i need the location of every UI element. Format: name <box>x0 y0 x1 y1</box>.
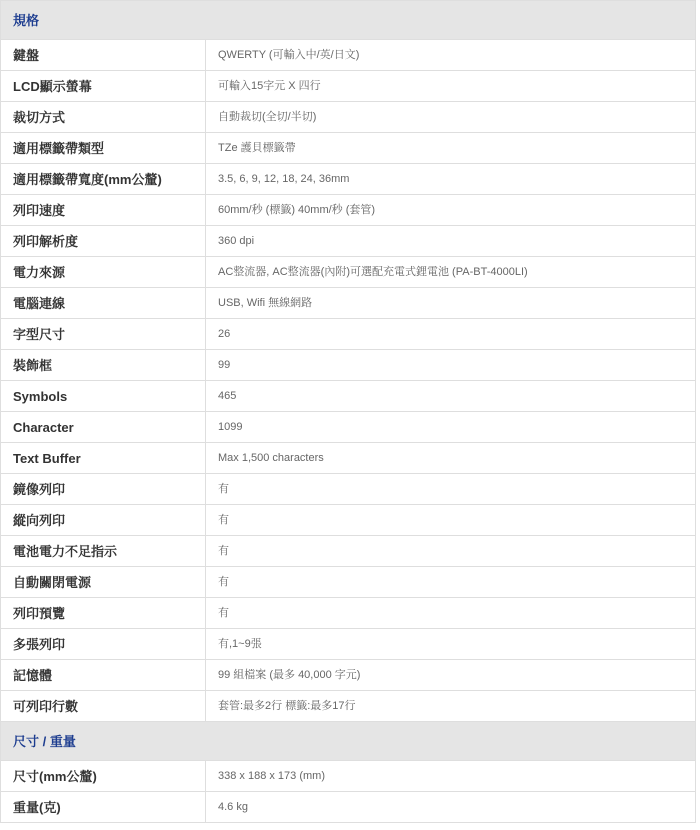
table-row: 可列印行數套管:最多2行 標籤:最多17行 <box>1 691 696 722</box>
spec-label: 記憶體 <box>1 660 206 691</box>
spec-table: 規格 鍵盤QWERTY (可輸入中/英/日文) LCD顯示螢幕可輸入15字元 X… <box>0 0 696 823</box>
spec-label: 自動關閉電源 <box>1 567 206 598</box>
table-row: 列印速度60mm/秒 (標籤) 40mm/秒 (套管) <box>1 195 696 226</box>
spec-value: Max 1,500 characters <box>206 443 696 474</box>
spec-label: 鍵盤 <box>1 40 206 71</box>
table-row: 鏡像列印有 <box>1 474 696 505</box>
spec-label: 裁切方式 <box>1 102 206 133</box>
spec-value: TZe 護貝標籤帶 <box>206 133 696 164</box>
spec-value: 1099 <box>206 412 696 443</box>
spec-label: Character <box>1 412 206 443</box>
section-header-specs: 規格 <box>1 1 696 40</box>
table-row: 列印預覽有 <box>1 598 696 629</box>
table-row: 鍵盤QWERTY (可輸入中/英/日文) <box>1 40 696 71</box>
table-row: Character1099 <box>1 412 696 443</box>
table-row: 裁切方式自動裁切(全切/半切) <box>1 102 696 133</box>
spec-value: 有 <box>206 536 696 567</box>
spec-value: 套管:最多2行 標籤:最多17行 <box>206 691 696 722</box>
table-row: 適用標籤帶類型TZe 護貝標籤帶 <box>1 133 696 164</box>
table-row: 適用標籤帶寬度(mm公釐)3.5, 6, 9, 12, 18, 24, 36mm <box>1 164 696 195</box>
spec-label: 鏡像列印 <box>1 474 206 505</box>
spec-label: 字型尺寸 <box>1 319 206 350</box>
spec-value: AC整流器, AC整流器(內附)可選配充電式鋰電池 (PA-BT-4000LI) <box>206 257 696 288</box>
spec-value: 有 <box>206 474 696 505</box>
table-row: 列印解析度360 dpi <box>1 226 696 257</box>
spec-value: 有 <box>206 567 696 598</box>
spec-label: 適用標籤帶寬度(mm公釐) <box>1 164 206 195</box>
spec-label: 縱向列印 <box>1 505 206 536</box>
spec-value: 60mm/秒 (標籤) 40mm/秒 (套管) <box>206 195 696 226</box>
spec-label: 可列印行數 <box>1 691 206 722</box>
section-title: 規格 <box>1 1 696 40</box>
spec-value: 99 組檔案 (最多 40,000 字元) <box>206 660 696 691</box>
spec-value: 99 <box>206 350 696 381</box>
table-row: 字型尺寸26 <box>1 319 696 350</box>
spec-label: Text Buffer <box>1 443 206 474</box>
spec-value: 有 <box>206 598 696 629</box>
spec-value: 3.5, 6, 9, 12, 18, 24, 36mm <box>206 164 696 195</box>
section-title: 尺寸 / 重量 <box>1 722 696 761</box>
table-row: 記憶體99 組檔案 (最多 40,000 字元) <box>1 660 696 691</box>
table-row: 自動關閉電源有 <box>1 567 696 598</box>
table-row: 尺寸(mm公釐)338 x 188 x 173 (mm) <box>1 761 696 792</box>
spec-label: 列印預覽 <box>1 598 206 629</box>
spec-value: 自動裁切(全切/半切) <box>206 102 696 133</box>
table-row: 重量(克)4.6 kg <box>1 792 696 823</box>
spec-value: 360 dpi <box>206 226 696 257</box>
spec-label: 列印解析度 <box>1 226 206 257</box>
table-row: 裝飾框99 <box>1 350 696 381</box>
spec-label: Symbols <box>1 381 206 412</box>
spec-label: 列印速度 <box>1 195 206 226</box>
spec-label: 多張列印 <box>1 629 206 660</box>
table-row: 電力來源AC整流器, AC整流器(內附)可選配充電式鋰電池 (PA-BT-400… <box>1 257 696 288</box>
spec-label: 電腦連線 <box>1 288 206 319</box>
spec-label: 電力來源 <box>1 257 206 288</box>
spec-value: QWERTY (可輸入中/英/日文) <box>206 40 696 71</box>
spec-value: 有,1~9張 <box>206 629 696 660</box>
spec-value: 有 <box>206 505 696 536</box>
table-row: 電腦連線USB, Wifi 無線網路 <box>1 288 696 319</box>
spec-label: 適用標籤帶類型 <box>1 133 206 164</box>
spec-value: 26 <box>206 319 696 350</box>
table-row: Text BufferMax 1,500 characters <box>1 443 696 474</box>
spec-label: 尺寸(mm公釐) <box>1 761 206 792</box>
spec-value: 4.6 kg <box>206 792 696 823</box>
spec-value: 338 x 188 x 173 (mm) <box>206 761 696 792</box>
spec-label: 重量(克) <box>1 792 206 823</box>
section-header-dimensions: 尺寸 / 重量 <box>1 722 696 761</box>
spec-value: USB, Wifi 無線網路 <box>206 288 696 319</box>
spec-label: 電池電力不足指示 <box>1 536 206 567</box>
table-row: Symbols465 <box>1 381 696 412</box>
spec-value: 可輸入15字元 X 四行 <box>206 71 696 102</box>
table-row: 電池電力不足指示有 <box>1 536 696 567</box>
table-row: 多張列印有,1~9張 <box>1 629 696 660</box>
spec-value: 465 <box>206 381 696 412</box>
spec-label: 裝飾框 <box>1 350 206 381</box>
spec-label: LCD顯示螢幕 <box>1 71 206 102</box>
table-row: LCD顯示螢幕可輸入15字元 X 四行 <box>1 71 696 102</box>
table-row: 縱向列印有 <box>1 505 696 536</box>
